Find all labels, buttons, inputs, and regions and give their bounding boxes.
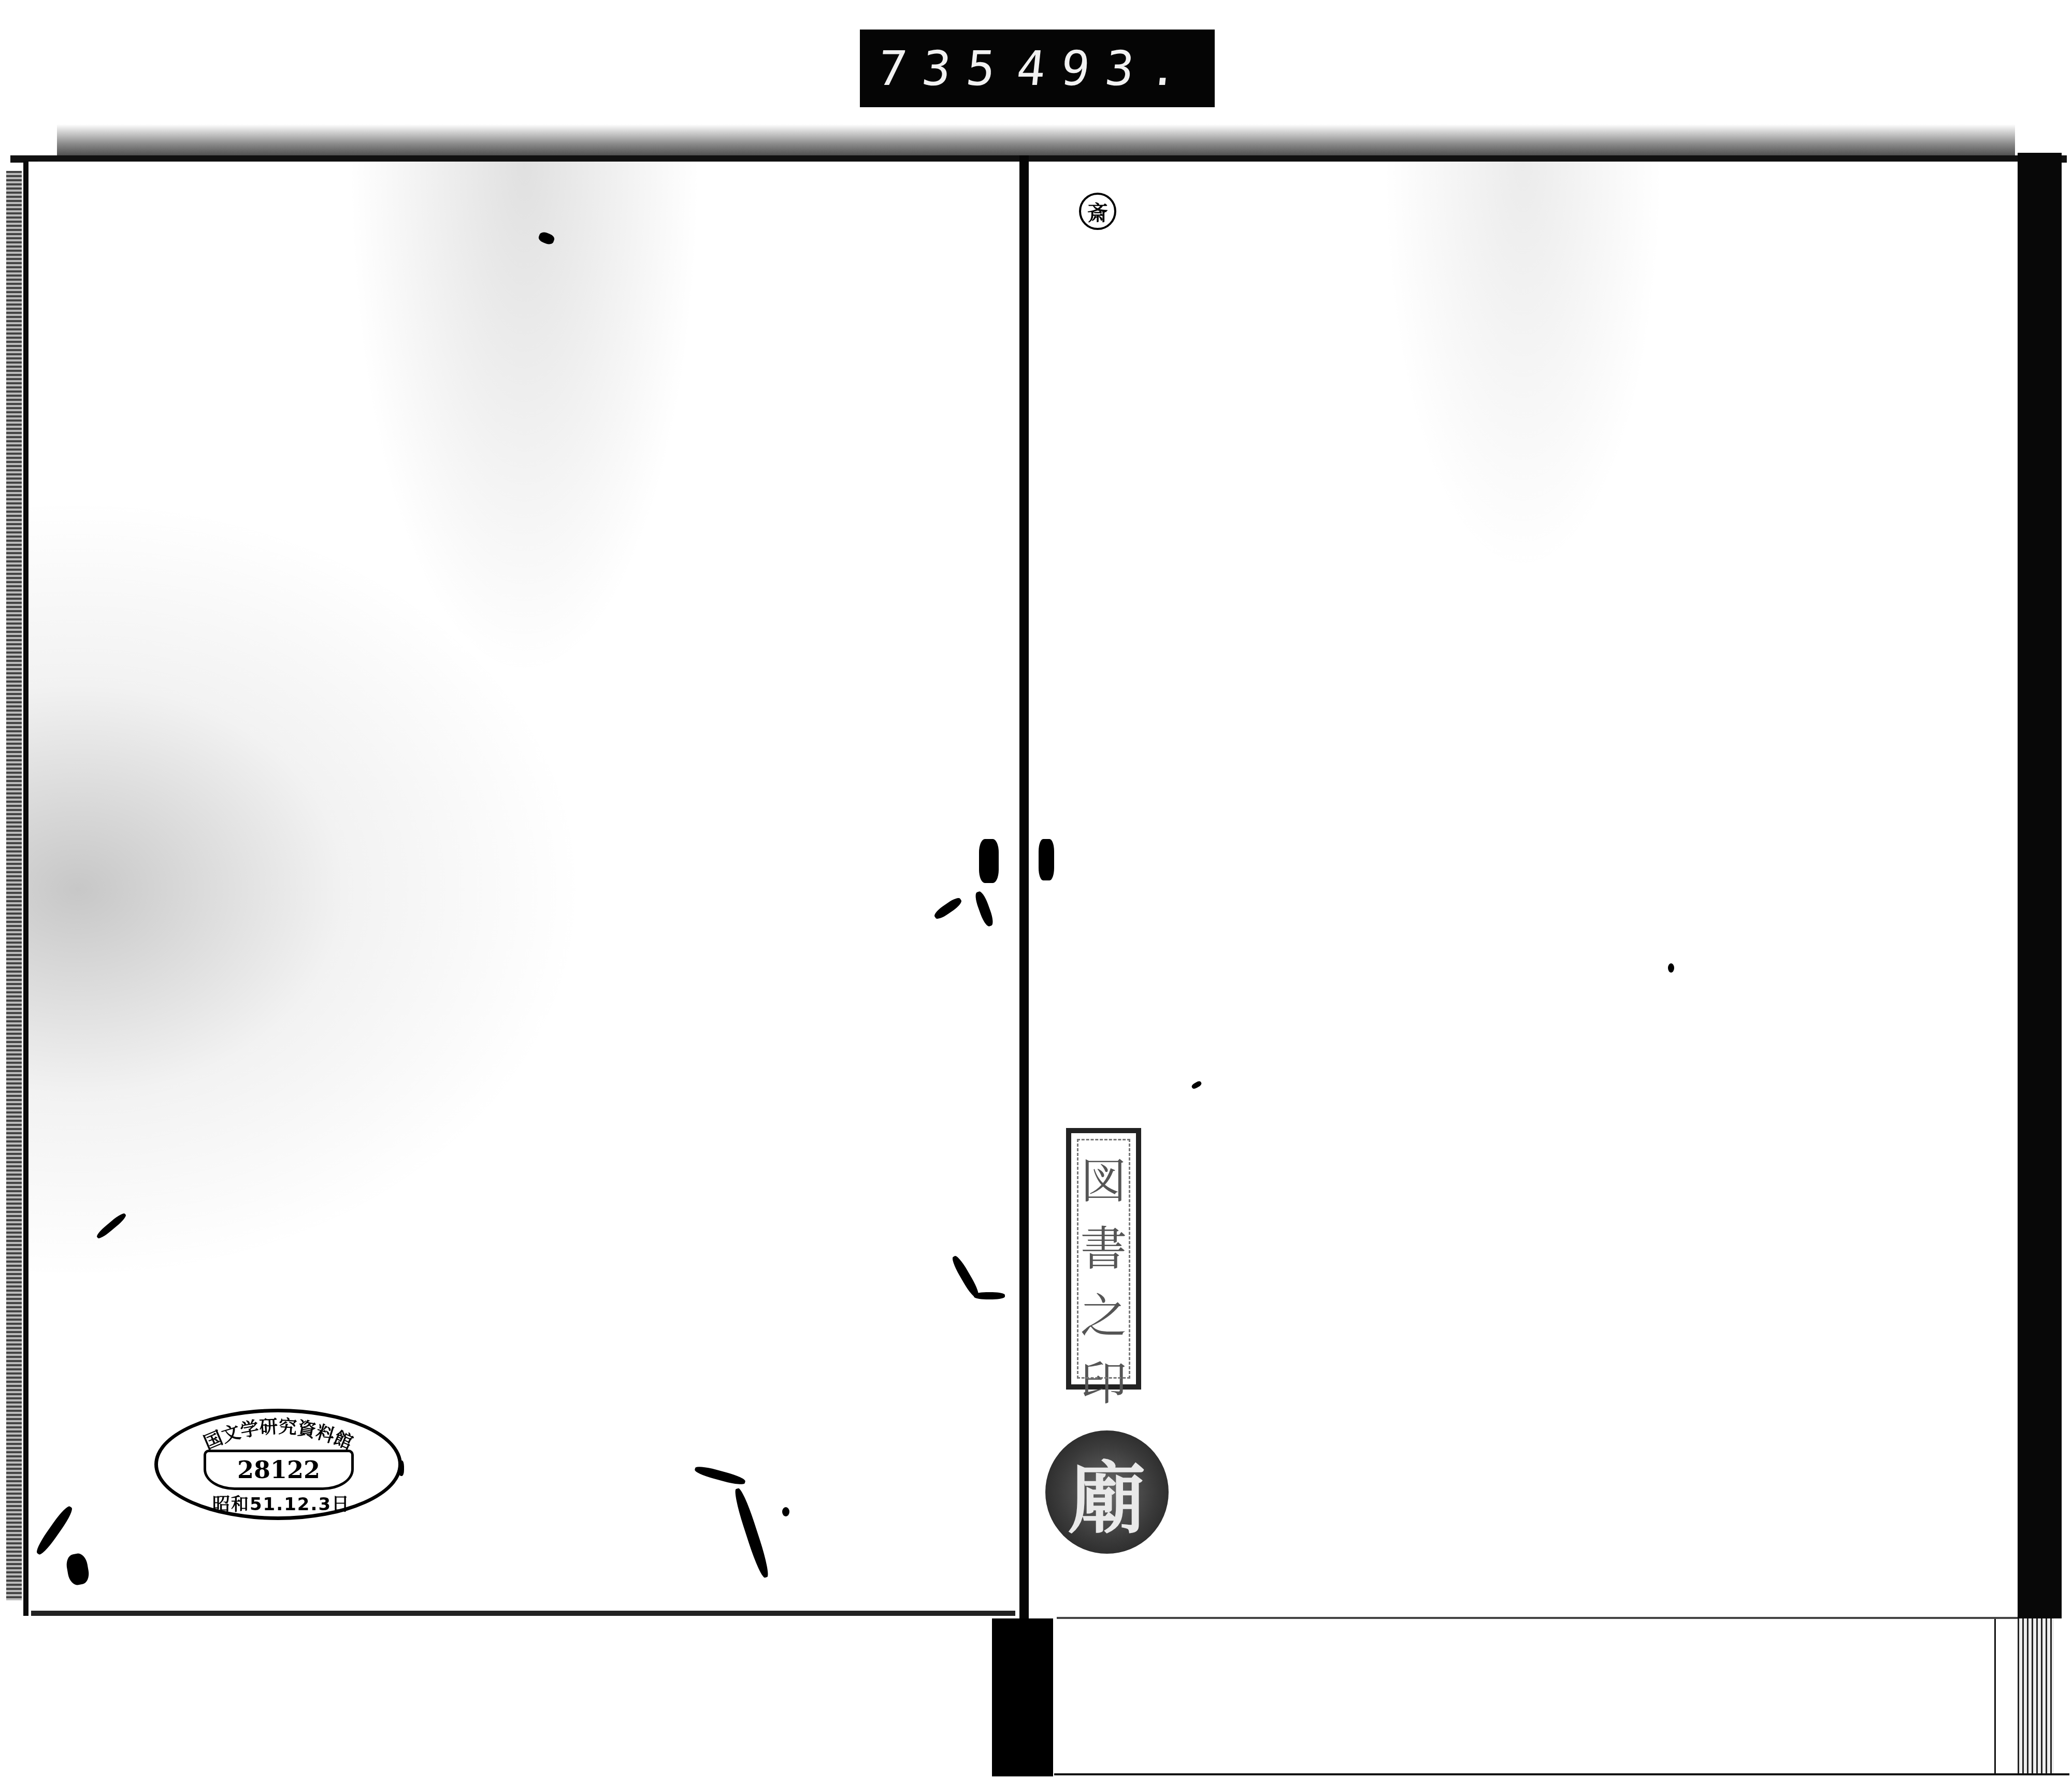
seal-char: 書 bbox=[1081, 1211, 1127, 1278]
seal-char: 之 bbox=[1081, 1278, 1127, 1346]
seal-char: 図 bbox=[1081, 1144, 1127, 1211]
scan-bottom-line bbox=[1054, 1773, 2069, 1775]
right-cover-edge-texture bbox=[2018, 1618, 2054, 1774]
rectangular-ownership-seal: 図 書 之 印 bbox=[1066, 1128, 1141, 1390]
scanned-book-spread: 735 493. 国文学研究資料館 28 bbox=[0, 0, 2072, 1779]
worm-damage-mark bbox=[979, 839, 999, 883]
stamp-number-frame: 28122 bbox=[204, 1450, 354, 1490]
stamp-institution-name: 国文学研究資料館 bbox=[200, 1416, 356, 1454]
worm-damage-mark bbox=[974, 1292, 1005, 1299]
stamp-accession-number: 28122 bbox=[237, 1456, 320, 1484]
left-page-bottom-edge bbox=[31, 1611, 1015, 1616]
seal-char: 印 bbox=[1081, 1346, 1127, 1413]
spine-bottom-block bbox=[992, 1618, 1053, 1776]
left-page bbox=[28, 162, 1020, 1617]
right-cover-edge bbox=[2018, 153, 2062, 1618]
ink-mark bbox=[1668, 963, 1674, 973]
scan-border-line bbox=[1994, 1618, 1996, 1774]
right-page-bottom-edge bbox=[1057, 1617, 2018, 1619]
small-round-seal: 斎 bbox=[1079, 193, 1116, 230]
stamp-date: 昭和51.12.3日 bbox=[183, 1490, 380, 1515]
svg-text:国文学研究資料館: 国文学研究資料館 bbox=[200, 1416, 356, 1454]
library-accession-stamp: 国文学研究資料館 28122 昭和51.12.3日 bbox=[154, 1409, 402, 1520]
left-cover-edge-texture bbox=[6, 171, 22, 1600]
round-ownership-seal: 廟 bbox=[1045, 1430, 1169, 1554]
frame-number-right: 493. bbox=[1014, 41, 1197, 96]
frame-number-label: 735 493. bbox=[860, 30, 1215, 107]
right-page bbox=[1028, 162, 2018, 1617]
book-gutter bbox=[1019, 155, 1029, 1626]
frame-number-left: 735 bbox=[875, 41, 1013, 96]
ink-mark bbox=[782, 1507, 789, 1516]
worm-damage-mark bbox=[1039, 839, 1054, 880]
